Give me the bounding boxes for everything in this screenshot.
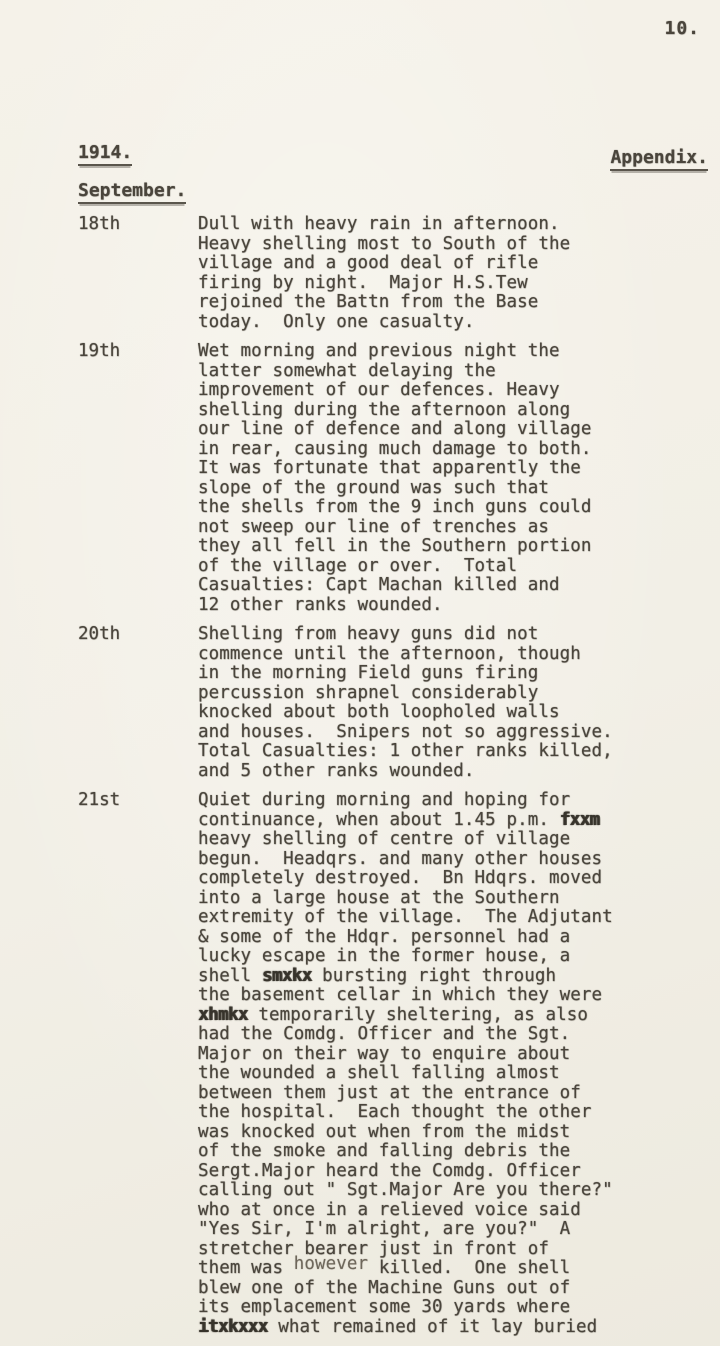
- typewriter-strikeout: smxkx: [262, 966, 312, 986]
- entry-line: and 5 other ranks wounded.: [198, 762, 720, 782]
- diary-entry: 19thWet morning and previous night thela…: [78, 342, 720, 615]
- entry-line: the basement cellar in which they were: [198, 986, 720, 1006]
- page-number: 10.: [664, 18, 700, 39]
- entry-line: completely destroyed. Bn Hdqrs. moved: [198, 869, 720, 889]
- entry-line: xhmkx temporarily sheltering, as also: [198, 1006, 720, 1026]
- entry-line: lucky escape in the former house, a: [198, 947, 720, 967]
- entry-date: 18th: [78, 215, 198, 332]
- entry-line: between them just at the entrance of: [198, 1084, 720, 1104]
- scanned-diary-page: { "colors": { "paper": "#f2efe6", "ink":…: [0, 0, 720, 1346]
- entry-line: not sweep our line of trenches as: [198, 518, 720, 538]
- entry-line: of the smoke and falling debris the: [198, 1142, 720, 1162]
- entry-line: improvement of our defences. Heavy: [198, 381, 720, 401]
- entry-line: blew one of the Machine Guns out of: [198, 1279, 720, 1299]
- entry-line: Wet morning and previous night the: [198, 342, 720, 362]
- entry-line: today. Only one casualty.: [198, 313, 720, 333]
- entry-line: Major on their way to enquire about: [198, 1045, 720, 1065]
- entry-line: our line of defence and along village: [198, 420, 720, 440]
- entry-line: was knocked out when from the midst: [198, 1123, 720, 1143]
- entry-line: Shelling from heavy guns did not: [198, 625, 720, 645]
- entry-line: Total Casualties: 1 other ranks killed,: [198, 742, 720, 762]
- entry-line: latter somewhat delaying the: [198, 362, 720, 382]
- entry-line: itxkxxx what remained of it lay buried: [198, 1318, 720, 1338]
- entry-line: into a large house at the Southern: [198, 889, 720, 909]
- entry-line: It was fortunate that apparently the: [198, 459, 720, 479]
- entry-line: shelling during the afternoon along: [198, 401, 720, 421]
- entry-line: begun. Headqrs. and many other houses: [198, 850, 720, 870]
- entry-line: stretcher bearer just in front of: [198, 1240, 720, 1260]
- entry-body: Wet morning and previous night thelatter…: [198, 342, 720, 615]
- entry-line: continuance, when about 1.45 p.m. fxxm: [198, 811, 720, 831]
- entry-line: Sergt.Major heard the Comdg. Officer: [198, 1162, 720, 1182]
- entry-line: of the village or over. Total: [198, 557, 720, 577]
- month-heading: September.: [78, 180, 186, 201]
- entry-line: village and a good deal of rifle: [198, 254, 720, 274]
- entry-line: extremity of the village. The Adjutant: [198, 908, 720, 928]
- typewriter-strikeout: fxxm: [560, 810, 600, 830]
- entries: 18thDull with heavy rain in afternoon.He…: [78, 215, 720, 1346]
- entry-line: the hospital. Each thought the other: [198, 1103, 720, 1123]
- entry-body: Quiet during morning and hoping forconti…: [198, 791, 720, 1337]
- diary-entry: 20thShelling from heavy guns did notcomm…: [78, 625, 720, 781]
- year-heading: 1914.: [78, 142, 132, 166]
- diary-entry: 21stQuiet during morning and hoping forc…: [78, 791, 720, 1337]
- entry-line: the shells from the 9 inch guns could: [198, 498, 720, 518]
- inserted-word: however: [294, 1254, 368, 1274]
- typewriter-strikeout: itxkxxx: [198, 1317, 268, 1337]
- entry-line: who at once in a relieved voice said: [198, 1201, 720, 1221]
- entry-date: 21st: [78, 791, 198, 1337]
- entry-line: they all fell in the Southern portion: [198, 537, 720, 557]
- entry-line: heavy shelling of centre of village: [198, 830, 720, 850]
- entry-line: its emplacement some 30 yards where: [198, 1298, 720, 1318]
- entry-line: them was however killed. One shell: [198, 1259, 720, 1279]
- appendix-heading: Appendix.: [610, 147, 708, 171]
- entry-line: "Yes Sir, I'm alright, are you?" A: [198, 1220, 720, 1240]
- entry-line: 12 other ranks wounded.: [198, 596, 720, 616]
- entry-line: Dull with heavy rain in afternoon.: [198, 215, 720, 235]
- entry-body: Shelling from heavy guns did notcommence…: [198, 625, 720, 781]
- diary-entry: 18thDull with heavy rain in afternoon.He…: [78, 215, 720, 332]
- entry-line: the wounded a shell falling almost: [198, 1064, 720, 1084]
- entry-body: Dull with heavy rain in afternoon.Heavy …: [198, 215, 720, 332]
- typewriter-strikeout: xhmkx: [198, 1005, 248, 1025]
- entry-line: percussion shrapnel considerably: [198, 684, 720, 704]
- entry-line: had the Comdg. Officer and the Sgt.: [198, 1025, 720, 1045]
- entry-line: Quiet during morning and hoping for: [198, 791, 720, 811]
- entry-line: Casualties: Capt Machan killed and: [198, 576, 720, 596]
- entry-line: in rear, causing much damage to both.: [198, 440, 720, 460]
- entry-line: knocked about both loopholed walls: [198, 703, 720, 723]
- entry-line: calling out " Sgt.Major Are you there?": [198, 1181, 720, 1201]
- entry-line: & some of the Hdqr. personnel had a: [198, 928, 720, 948]
- entry-line: shell smxkx bursting right through: [198, 967, 720, 987]
- entry-line: and houses. Snipers not so aggressive.: [198, 723, 720, 743]
- entry-line: slope of the ground was such that: [198, 479, 720, 499]
- entry-line: in the morning Field guns firing: [198, 664, 720, 684]
- header-row: 1914. Appendix.: [78, 142, 708, 171]
- entry-date: 19th: [78, 342, 198, 615]
- month-heading-text: September.: [78, 180, 186, 204]
- entry-line: commence until the afternoon, though: [198, 645, 720, 665]
- entry-date: 20th: [78, 625, 198, 781]
- entry-line: rejoined the Battn from the Base: [198, 293, 720, 313]
- entry-line: Heavy shelling most to South of the: [198, 235, 720, 255]
- entry-line: firing by night. Major H.S.Tew: [198, 274, 720, 294]
